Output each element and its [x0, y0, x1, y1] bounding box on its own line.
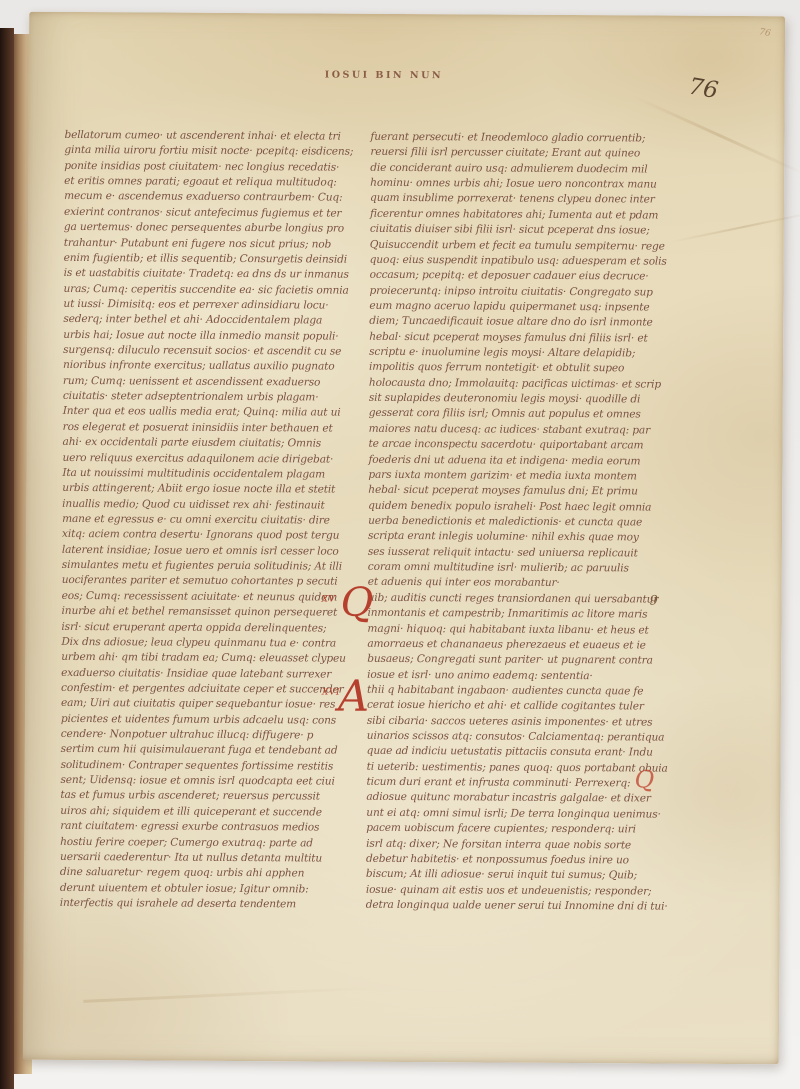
manuscript-text-line: sibi cibaria· saccos ueteres asinis impo… — [367, 713, 647, 730]
manuscript-text-line: sit suplapides deuteronomiu legis moysi·… — [369, 391, 649, 408]
manuscript-text-line: sent; Uidensq: iosue et omnis isrl quodc… — [60, 773, 340, 790]
manuscript-text-line: hostiu ferire coeper; Cumergo exutraq: p… — [60, 834, 340, 851]
manuscript-text-line: surgensq: diluculo recensuit socios· et … — [63, 343, 343, 360]
manuscript-text-line: tas et fumus urbis ascenderet; reuersus … — [60, 788, 340, 805]
manuscript-text-line: picientes et uidentes fumum urbis adcael… — [61, 712, 341, 729]
section-numeral-xv: XV — [322, 592, 336, 607]
manuscript-text-line: die conciderant auiro usq: admulierem du… — [370, 161, 650, 178]
manuscript-text-line: enim fugientib; et illis sequentib; Cons… — [64, 251, 344, 268]
manuscript-text-line: inmontanis et campestrib; Inmaritimis ac… — [367, 606, 647, 623]
manuscript-text-line: et eritis omnes parati; egoaut et reliqu… — [64, 174, 344, 191]
manuscript-text-line: is et uastabitis ciuitate· Tradetq: ea d… — [64, 266, 344, 283]
manuscript-text-line: quidem benedix populo israheli· Post hae… — [368, 498, 648, 515]
manuscript-text-line: scripta erant inlegis uolumine· nihil ex… — [368, 529, 648, 546]
manuscript-text-line: detra longinqua ualde uener serui tui In… — [366, 898, 646, 915]
manuscript-text-line: uiros ahi; siquidem et illi quiceperant … — [60, 804, 340, 821]
manuscript-text-line: quoq: eius suspendit inpatibulo usq: adu… — [370, 253, 650, 270]
manuscript-text-line: uersarii caederentur· Ita ut nullus deta… — [60, 850, 340, 867]
parchment-crease — [83, 986, 383, 1003]
manuscript-text-line: diem; Tuncaedificauit iosue altare dno d… — [369, 314, 649, 331]
manuscript-text-line: ut iussi· Dimisitq: eos et perrexer adin… — [63, 297, 343, 314]
text-column-left: bellatorum cumeo· ut ascenderent inhai· … — [60, 128, 345, 913]
manuscript-text-line: bellatorum cumeo· ut ascenderent inhai· … — [64, 128, 344, 145]
manuscript-text-line: nioribus infronte exercitus; uallatus au… — [63, 358, 343, 375]
manuscript-text-line: simulantes metu et fugientes peruia soli… — [62, 558, 342, 575]
manuscript-text-line: proieceruntq: inipso introitu ciuitatis·… — [369, 283, 649, 300]
manuscript-text-line: iosue et isrl· uno animo eademq: sentent… — [367, 667, 647, 684]
manuscript-text-line: busaeus; Congregati sunt pariter· ut pug… — [367, 652, 647, 669]
margin-ornament-q-icon: Q — [634, 765, 654, 793]
manuscript-text-line: ticum duri erant et infrusta comminuti· … — [366, 775, 646, 792]
manuscript-photo: IOSUI BIN NUN 76 76 bellatorum cumeo· ut… — [0, 0, 800, 1089]
manuscript-text-line: eum magno aceruo lapidu quipermanet usq:… — [369, 299, 649, 316]
manuscript-text-line: Dix dns adiosue; leua clypeu quinmanu tu… — [61, 635, 341, 652]
right-column-lines: fuerant persecuti· et Ineodemloco gladio… — [366, 130, 651, 915]
manuscript-text-line: ahi· ex occidentali parte eiusdem ciuita… — [63, 435, 343, 452]
manuscript-text-line: unt ei atq: omni simul isrli; De terra l… — [366, 806, 646, 823]
manuscript-text-line: isrl atq: dixer; Ne forsitan interra qua… — [366, 836, 646, 853]
manuscript-text-line: occasum; pcepitq: et deposuer cadauer ei… — [370, 268, 650, 285]
manuscript-text-line: sertim cum hii quisimulauerant fuga et t… — [61, 742, 341, 759]
rubric-initial-a: A — [338, 676, 369, 719]
manuscript-text-line: cendere· Nonpotuer ultrahuc illucq: diff… — [61, 727, 341, 744]
manuscript-text-line: cerat iosue hiericho et ahi· et callide … — [367, 698, 647, 715]
manuscript-text-line: fuerant persecuti· et Ineodemloco gladio… — [370, 130, 650, 147]
manuscript-text-line: reuersi filii isrl percusser ciuitate; E… — [370, 145, 650, 162]
manuscript-text-line: uociferantes pariter et semutuo cohortan… — [62, 573, 342, 590]
manuscript-text-line: foederis dni ut aduena ita et indigena· … — [368, 452, 648, 469]
manuscript-text-line: derunt uiuentem et obtuler iosue; Igitur… — [60, 881, 340, 898]
manuscript-text-line: ciuitatis diuiser sibi filii isrl· sicut… — [370, 222, 650, 239]
manuscript-text-line: exierint contranos· sicut antefecimus fu… — [64, 205, 344, 222]
manuscript-text-line: maiores natu ducesq: ac iudices· stabant… — [369, 422, 649, 439]
manuscript-text-line: inuallis medio; Quod cu uidisset rex ahi… — [62, 497, 342, 514]
manuscript-text-line: hebal· sicut pceperat moyses famulus dni… — [369, 329, 649, 346]
manuscript-text-line: et aduenis qui inter eos morabantur· — [368, 575, 648, 592]
manuscript-text-line: uerba benedictionis et maledictionis· et… — [368, 514, 648, 531]
faint-corner-numeral: 76 — [758, 27, 771, 39]
manuscript-text-line: hominu· omnes urbis ahi; Iosue uero nonc… — [370, 176, 650, 193]
manuscript-text-line: biscum; At illi adiosue· serui inquit tu… — [366, 867, 646, 884]
manuscript-text-line: ginta milia uiroru fortiu misit nocte· p… — [64, 143, 344, 160]
manuscript-text-line: Inter qua et eos uallis media erat; Quin… — [63, 404, 343, 421]
manuscript-text-line: confestim· et pergentes adciuitate ceper… — [61, 681, 341, 698]
manuscript-text-line: uero reliquus exercitus adaquilonem acie… — [62, 450, 342, 467]
manuscript-text-line: isrl· sicut eruperant aperta oppida dere… — [61, 619, 341, 636]
manuscript-text-line: urbis hai; Iosue aut nocte illa inmedio … — [63, 328, 343, 345]
manuscript-text-line: eos; Cumq: recessissent aciuitate· et ne… — [62, 589, 342, 606]
manuscript-text-line: Ita ut nouissimi multitudinis occidental… — [62, 466, 342, 483]
manuscript-text-line: amorraeus et chananaeus pherezaeus et eu… — [367, 637, 647, 654]
manuscript-text-line: ses iusserat reliquit intactu· sed uniue… — [368, 544, 648, 561]
text-column-right: XV XVI Q A fuerant persecuti· et Ineodem… — [366, 130, 651, 915]
margin-numeral: 9 — [650, 594, 658, 609]
manuscript-text-line: magni· hiquoq: qui habitabant iuxta liba… — [367, 621, 647, 638]
running-title: IOSUI BIN NUN — [325, 70, 485, 82]
rubric-initial-q: Q — [340, 583, 373, 623]
manuscript-text-line: impolitis quos ferrum nontetigit· et obt… — [369, 360, 649, 377]
manuscript-text-line: rum; Cumq: uenissent et ascendissent exa… — [63, 374, 343, 391]
manuscript-text-line: quae ad indiciu uetustatis pittaciis con… — [367, 744, 647, 761]
manuscript-text-line: urbis attingerent; Abiit ergo iosue noct… — [62, 481, 342, 498]
manuscript-text-line: quam insublime porrexerat· tenens clypeu… — [370, 191, 650, 208]
manuscript-text-line: Quisuccendit urbem et fecit ea tumulu se… — [370, 237, 650, 254]
manuscript-text-line: ros elegerat et posuerat ininsidiis inte… — [63, 420, 343, 437]
manuscript-text-line: hebal· sicut pceperat moyses famulus dni… — [368, 483, 648, 500]
manuscript-text-line: xitq: aciem contra desertu· Ignorans quo… — [62, 527, 342, 544]
manuscript-text-line: pacem uobiscum facere cupientes; respond… — [366, 821, 646, 838]
manuscript-text-line: ficerentur omnes habitatores ahi; Iument… — [370, 207, 650, 224]
manuscript-text-line: solitudinem· Contraper sequentes fortiss… — [61, 758, 341, 775]
parchment-crease — [669, 211, 800, 243]
book-spine — [0, 28, 14, 1089]
manuscript-text-line: urbem ahi· qm tibi tradam ea; Cumq: eleu… — [61, 650, 341, 667]
parchment-crease — [632, 95, 800, 176]
manuscript-text-line: iosue· quinam ait estis uos et undeuenis… — [366, 882, 646, 899]
manuscript-text-line: thii q habitabant ingabaon· audientes cu… — [367, 683, 647, 700]
manuscript-text-line: debetur habitetis· et nonpossumus foedus… — [366, 852, 646, 869]
manuscript-text-line: uinarios scissos atq: consutos· Calciame… — [367, 729, 647, 746]
manuscript-text-line: pars iuxta montem garizim· et media iuxt… — [368, 468, 648, 485]
manuscript-text-line: holocausta dno; Immolauitq: pacificas ui… — [369, 376, 649, 393]
manuscript-text-line: mecum e· ascendemus exaduerso contraurbe… — [64, 189, 344, 206]
manuscript-text-line: gesserat cora filiis isrl; Omnis aut pop… — [369, 406, 649, 423]
manuscript-text-line: inurbe ahi et bethel remansisset quinon … — [61, 604, 341, 621]
manuscript-text-line: uib; auditis cuncti reges transiordanen … — [368, 591, 648, 608]
manuscript-text-line: coram omni multitudine isrl· mulierib; a… — [368, 560, 648, 577]
manuscript-text-line: laterent insidiae; Iosue uero et omnis i… — [62, 543, 342, 560]
manuscript-text-line: scriptu e· inuolumine legis moysi· Altar… — [369, 345, 649, 362]
manuscript-text-line: sederq; inter bethel et ahi· Adoccidenta… — [63, 312, 343, 329]
parchment-leaf: IOSUI BIN NUN 76 76 bellatorum cumeo· ut… — [23, 12, 785, 1065]
manuscript-text-line: trahantur· Putabunt eni fugere nos sicut… — [64, 235, 344, 252]
manuscript-text-line: dine saluaretur· regem quoq: urbis ahi a… — [60, 865, 340, 882]
manuscript-text-line: ga uertemus· donec persequentes aburbe l… — [64, 220, 344, 237]
manuscript-text-line: te arcae inconspectu sacerdotu· quiporta… — [369, 437, 649, 454]
manuscript-text-line: uras; Cumq: ceperitis succendite ea· sic… — [63, 282, 343, 299]
manuscript-text-line: interfectis qui israhele ad deserta tend… — [60, 896, 340, 913]
manuscript-text-line: ti ueterib: uestimentis; panes quoq: quo… — [367, 760, 647, 777]
manuscript-text-line: rant ciuitatem· egressi exurbe contrasuo… — [60, 819, 340, 836]
manuscript-text-line: ponite insidias post ciuitatem· nec long… — [64, 159, 344, 176]
manuscript-text-line: adiosue quitunc morabatur incastris galg… — [366, 790, 646, 807]
manuscript-text-line: exaduerso ciuitatis· Insidiae quae lateb… — [61, 665, 341, 682]
manuscript-text-line: eam; Uiri aut ciuitatis quiper sequebant… — [61, 696, 341, 713]
manuscript-text-line: mane et egressus e· cu omni exercitu ciu… — [62, 512, 342, 529]
manuscript-text-line: ciuitatis· steter adseptentrionalem urbi… — [63, 389, 343, 406]
folio-number: 76 — [687, 74, 720, 104]
